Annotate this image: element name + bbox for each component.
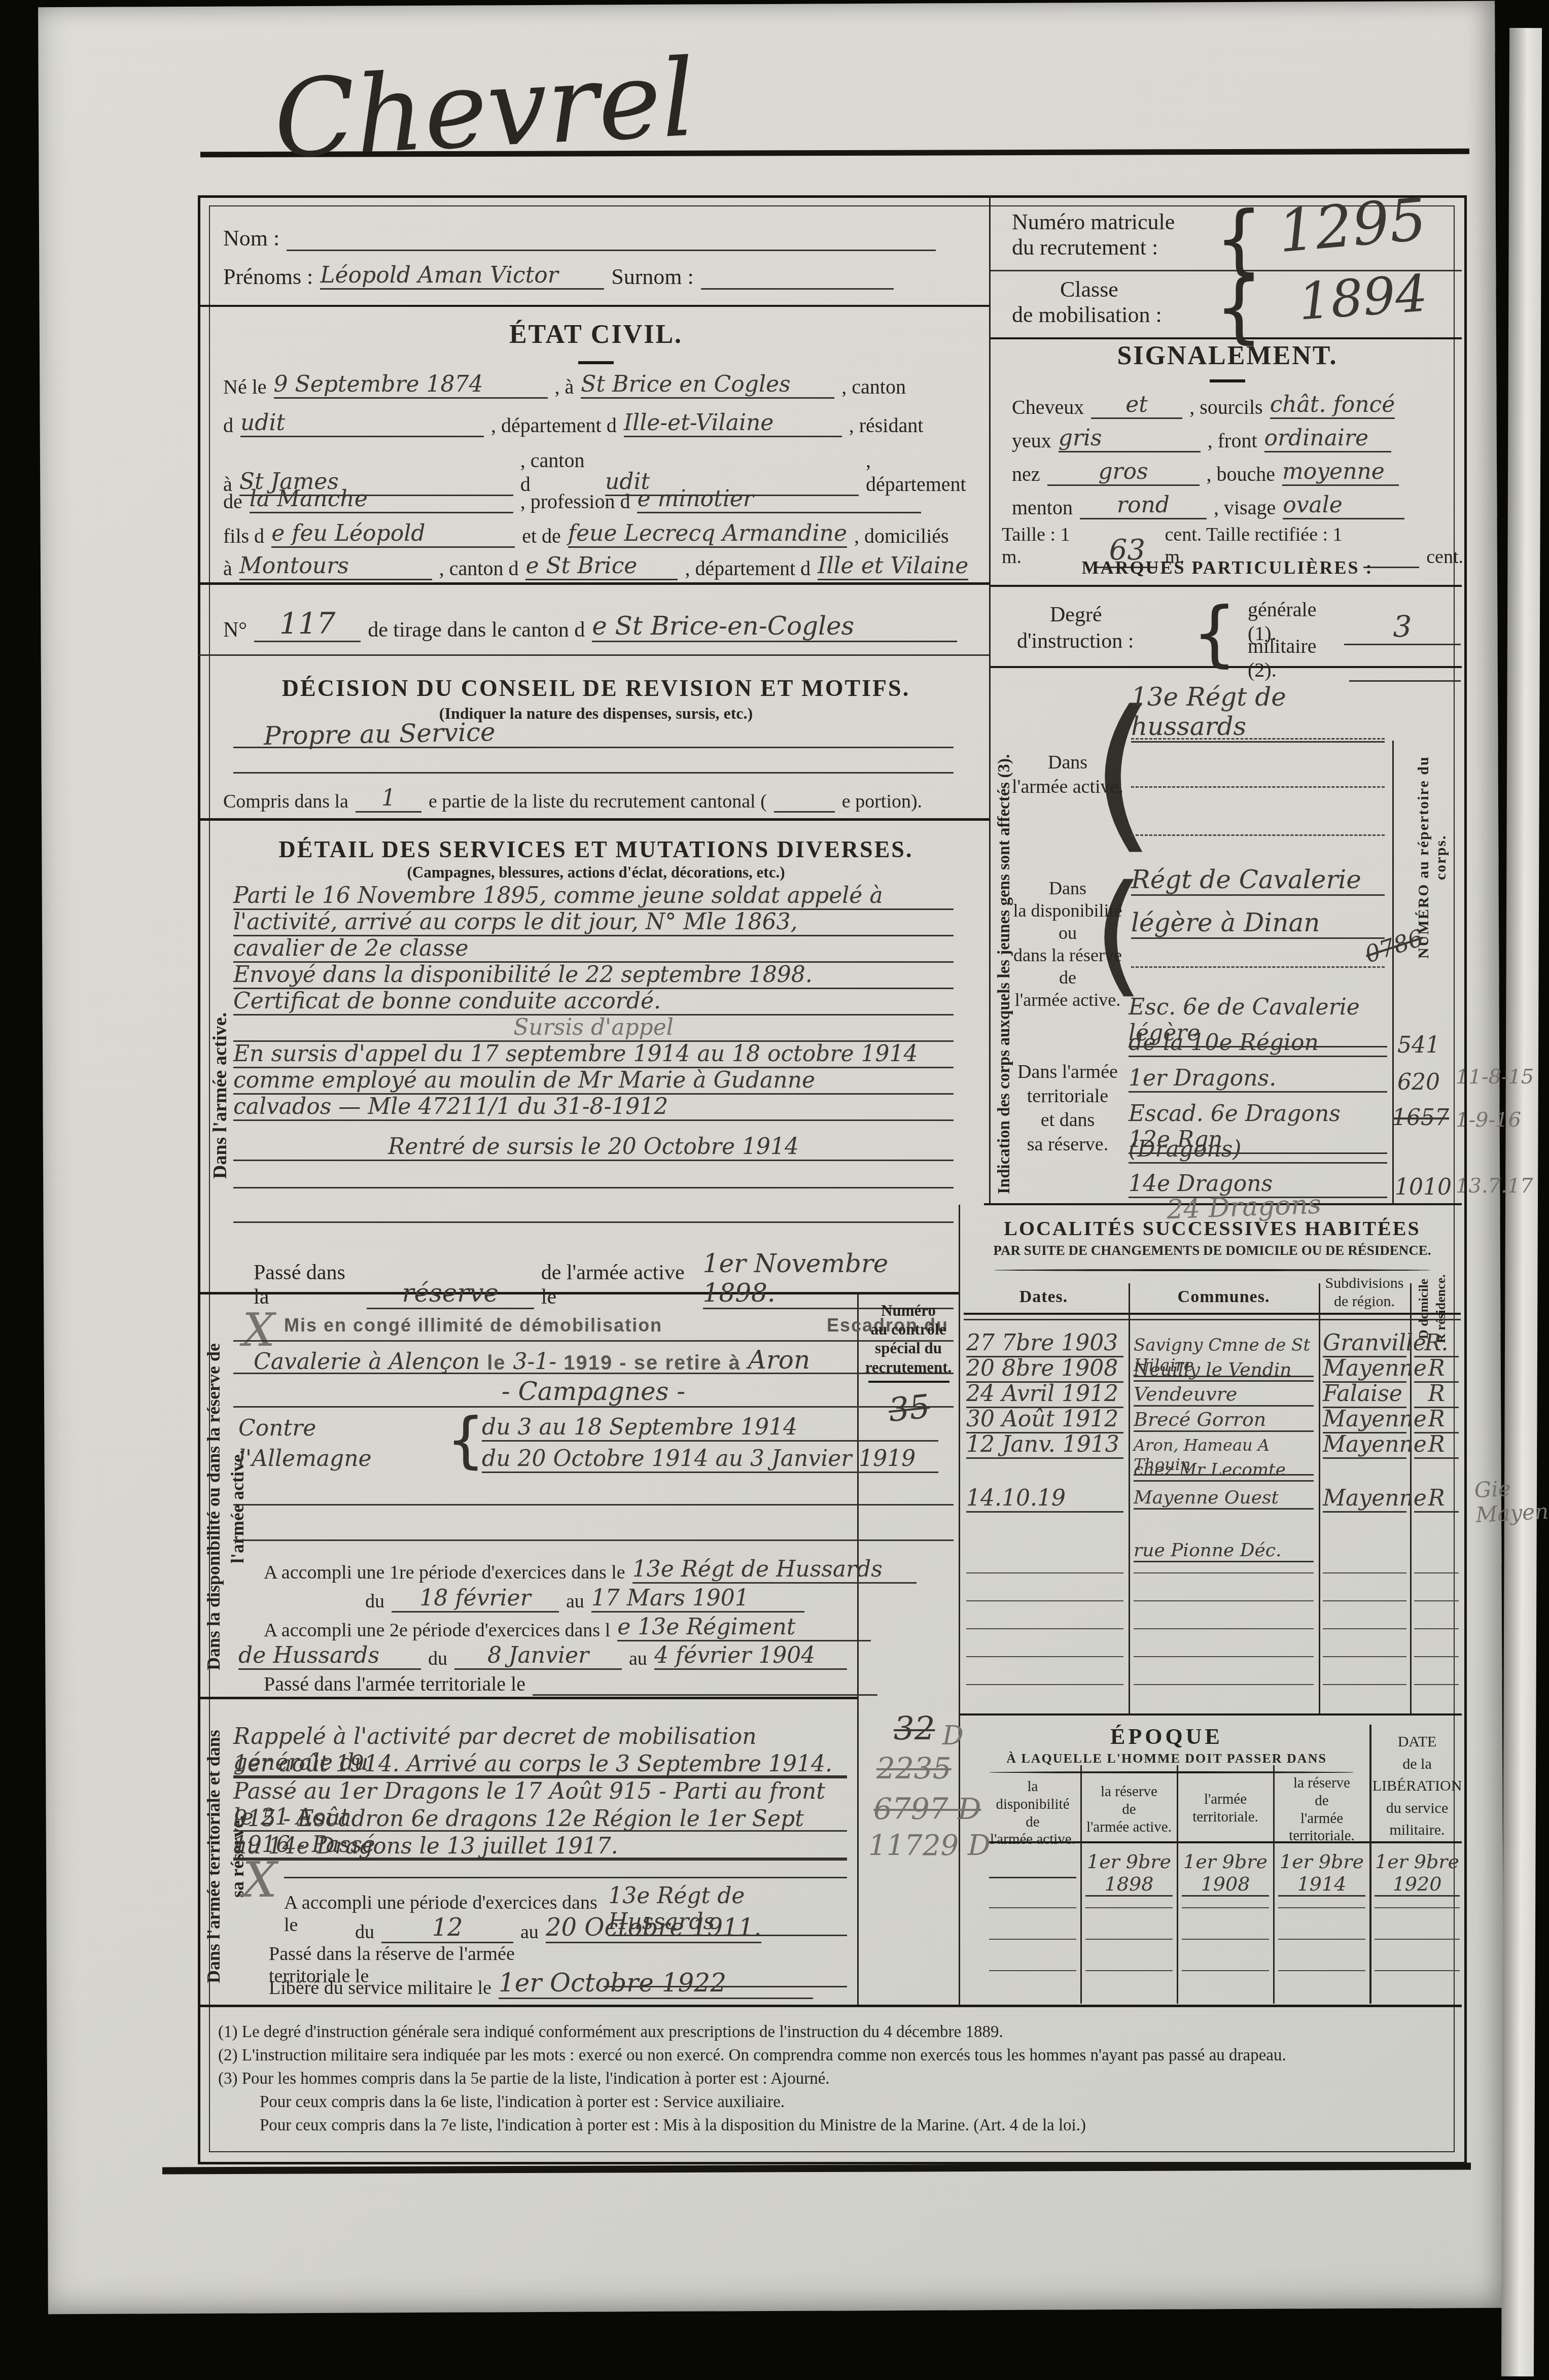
value: e St Brice xyxy=(525,553,678,580)
signalement-title: SIGNALEMENT. xyxy=(989,341,1466,371)
detail-line: Envoyé dans la disponibilité le 22 septe… xyxy=(233,962,954,989)
label: Compris dans la xyxy=(223,790,348,813)
label: Cheveux xyxy=(1012,395,1084,419)
rule xyxy=(199,1697,857,1699)
label: , front xyxy=(1208,429,1257,452)
rule xyxy=(1278,1907,1365,1908)
campagne-contre: Contre xyxy=(238,1415,316,1441)
corps-active-label: Dans l'armée active. xyxy=(1009,751,1126,799)
rule xyxy=(233,772,954,774)
corps-terr-value-5: (Dragons) xyxy=(1129,1136,1387,1164)
label: , sourcils xyxy=(1189,395,1262,419)
label: du xyxy=(365,1590,384,1613)
label: , département d xyxy=(491,413,617,437)
epoque-col-2: la réserve de l'armée active. xyxy=(1083,1783,1175,1836)
localite-subdiv: Mayenne xyxy=(1323,1485,1406,1513)
value: moyenne xyxy=(1282,459,1399,486)
localites-col-subdivisions: Subdivisions de région. xyxy=(1319,1274,1410,1311)
corps-active-value: 13e Régt de hussards xyxy=(1131,682,1385,743)
localite-date: 12 Janv. 1913 xyxy=(966,1431,1123,1459)
divider xyxy=(1129,1283,1130,1713)
corps-terr-number-2: 620 xyxy=(1397,1069,1440,1095)
compris-value: 1 xyxy=(356,785,421,813)
stamp-text: Mis en congé illimité de démobilisation xyxy=(284,1315,662,1336)
rule xyxy=(1323,1628,1406,1629)
demobilisation-stamp-row: Mis en congé illimité de démobilisation … xyxy=(284,1315,948,1336)
territoriale-line: au 14e Dragons le 13 juillet 1917. xyxy=(233,1833,847,1861)
rule xyxy=(1085,1939,1173,1940)
value: 4 février 1904 xyxy=(654,1642,847,1670)
periode2-dates-row: de Hussards du 8 Janvier au 4 février 19… xyxy=(238,1642,954,1670)
label: au xyxy=(629,1648,647,1670)
ornament xyxy=(994,1269,1430,1271)
label: A accompli une 1re période d'exercices d… xyxy=(264,1561,625,1584)
signalement-cheveux: Cheveux et , sourcils chât. foncé xyxy=(1012,392,1458,419)
etat-civil-line-5: fils d e feu Léopold et de feue Lecrecq … xyxy=(223,520,974,548)
value: de Hussards xyxy=(238,1642,421,1670)
localites-title: LOCALITÉS SUCCESSIVES HABITÉES xyxy=(959,1216,1466,1240)
next-page-edge xyxy=(1501,28,1542,2376)
rule xyxy=(1323,1572,1406,1573)
controle-header: Numéro au contrôle spécial du recrutemen… xyxy=(861,1301,956,1377)
label: nez xyxy=(1012,462,1040,486)
rule xyxy=(1414,1572,1459,1573)
epoque-value-3: 1er 9bre 1908 xyxy=(1182,1850,1269,1897)
label: , résidant xyxy=(849,413,924,437)
label: Passé dans l'armée territoriale le xyxy=(264,1672,525,1696)
rule xyxy=(1085,1970,1173,1971)
detail-line: Parti le 16 Novembre 1895, comme jeune s… xyxy=(233,883,954,910)
value: e feu Léopold xyxy=(271,520,515,548)
label: N° xyxy=(223,618,247,642)
value: 20 Octobre 1911. xyxy=(546,1913,762,1943)
rule xyxy=(233,1373,954,1374)
signalement-nez: nez gros , bouche moyenne xyxy=(1012,459,1458,486)
signalement-yeux: yeux gris , front ordinaire xyxy=(1012,425,1458,452)
label: de l'armée active le xyxy=(541,1261,696,1309)
divider xyxy=(1080,1765,1082,2004)
corps-terr-value-3: 1er Dragons. xyxy=(1129,1065,1387,1093)
etat-civil-line-4: de la Manche , profession d e minotier xyxy=(223,486,974,513)
controle-value-top: 35 xyxy=(887,1388,932,1429)
rule xyxy=(989,1939,1076,1940)
rule xyxy=(1131,834,1385,836)
divider xyxy=(1177,1765,1178,2004)
section-active-vertical-label: Dans l'armée active. xyxy=(209,928,239,1263)
campagne-allemagne: l'Allemagne xyxy=(238,1446,372,1472)
rule xyxy=(1278,1970,1365,1971)
signalement-menton: menton rond , visage ovale xyxy=(1012,492,1458,519)
localite-dr: R xyxy=(1414,1406,1459,1433)
detail-line: comme employé au moulin de Mr Marie à Gu… xyxy=(233,1067,954,1095)
rule xyxy=(1323,1684,1406,1685)
surnom-label: Surnom : xyxy=(611,264,694,290)
rule xyxy=(233,1539,954,1541)
corps-dispo-label: Dans la disponibilité ou dans la réserve… xyxy=(1007,878,1129,1011)
section-dispo-vertical-label: Dans la disponibilité ou dans la réserve… xyxy=(202,1319,253,1694)
rule xyxy=(1131,786,1385,788)
rule xyxy=(233,1340,954,1342)
value: 18 février xyxy=(392,1585,559,1613)
value: 8 Janvier xyxy=(454,1642,622,1670)
label: fils d xyxy=(223,524,264,548)
label: A accompli une 2e période d'exercices da… xyxy=(264,1619,610,1641)
value: 17 Mars 1901 xyxy=(591,1585,804,1613)
label: Libéré du service militaire le xyxy=(269,1977,491,1999)
stamp-text: 1919 - se retire à xyxy=(564,1352,741,1375)
label: yeux xyxy=(1012,429,1051,452)
controle-number: 32 xyxy=(894,1710,935,1748)
exercice-dates-row: du 12 au 20 Octobre 1911. xyxy=(355,1913,847,1943)
epoque-value-1 xyxy=(989,1850,1076,1878)
degre-militaire-row: militaire (2). xyxy=(1248,634,1461,682)
decision-title: DÉCISION DU CONSEIL DE REVISION ET MOTIF… xyxy=(223,675,969,702)
value: gris xyxy=(1059,425,1201,452)
etat-civil-line-6: à Montours , canton d e St Brice , dépar… xyxy=(223,553,974,580)
rule xyxy=(966,1572,1123,1573)
decision-value: Propre au Service xyxy=(264,717,496,751)
value: 3-1- xyxy=(513,1349,557,1375)
epoque-value-2: 1er 9bre 1898 xyxy=(1085,1850,1173,1897)
value: 1er Octobre 1922 xyxy=(499,1968,813,1999)
detail-line: Rentré de sursis le 20 Octobre 1914 xyxy=(233,1134,954,1161)
localite-subdiv: Granville xyxy=(1323,1330,1406,1357)
rule xyxy=(966,1628,1123,1629)
footnote-2: (2) L'instruction militaire sera indiqué… xyxy=(218,2046,1456,2065)
tirage-row: N° 117 de tirage dans le canton d e St B… xyxy=(223,606,974,642)
campagne-periode-2: du 20 Octobre 1914 au 3 Janvier 1919 xyxy=(482,1446,938,1473)
footnote-3: (3) Pour les hommes compris dans la 5e p… xyxy=(218,2070,1456,2088)
value: 13e Régt de Hussards xyxy=(632,1556,917,1584)
epoque-col-3: l'armée territoriale. xyxy=(1179,1791,1272,1826)
rule xyxy=(964,1319,1461,1320)
matricule-label-2: du recrutement : xyxy=(1012,234,1158,260)
label: Passé dans la xyxy=(254,1261,360,1309)
value: réserve xyxy=(367,1278,534,1309)
epoque-title: ÉPOQUE xyxy=(959,1724,1375,1749)
tirage-canton: e St Brice-en-Cogles xyxy=(592,611,957,642)
localite-subdiv: Falaise xyxy=(1323,1381,1406,1408)
matricule-value: 1295 xyxy=(1276,186,1429,266)
rule xyxy=(233,1406,954,1408)
epoque-value-5: 1er 9bre 1920 xyxy=(1375,1850,1460,1897)
corps-terr-label: Dans l'armée territoriale et dans sa rés… xyxy=(1007,1060,1129,1157)
localites-margin-note: Gie Mayenne xyxy=(1474,1473,1549,1527)
prenoms-value: Léopold Aman Victor xyxy=(320,262,604,290)
detail-line: Sursis d'appel xyxy=(233,1014,954,1042)
rule xyxy=(284,1877,847,1878)
label: de xyxy=(223,489,242,513)
territoriale-line: 1er août 1914. Arrivé au corps le 3 Sept… xyxy=(233,1751,847,1778)
localite-dr: R xyxy=(1414,1485,1459,1513)
detail-line: calvados — Mle 47211/1 du 31-8-1912 xyxy=(233,1094,954,1121)
corps-dispo-value-1: Régt de Cavalerie xyxy=(1131,865,1385,896)
label: , canton d xyxy=(439,556,519,580)
value: Aron xyxy=(748,1345,810,1375)
value: feue Lecrecq Armandine xyxy=(568,520,847,548)
rule xyxy=(1414,1600,1459,1601)
value: Ille-et-Vilaine xyxy=(624,410,842,437)
corps-terr-number-1: 541 xyxy=(1397,1032,1440,1058)
localite-dr: R xyxy=(1414,1355,1459,1383)
rule xyxy=(989,1907,1076,1908)
epoque-value-4: 1er 9bre 1914 xyxy=(1278,1850,1365,1897)
corps-terr-number-4: 1010 xyxy=(1395,1174,1452,1200)
rule xyxy=(1131,738,1385,740)
rule xyxy=(966,1656,1123,1657)
detail-line: En sursis d'appel du 17 septembre 1914 a… xyxy=(233,1041,954,1068)
degre-label: Degré xyxy=(1050,603,1102,627)
rule xyxy=(1375,1907,1460,1908)
controle-number: 11729 D xyxy=(868,1829,991,1862)
label: au xyxy=(520,1921,539,1943)
localite-dr: R. xyxy=(1414,1330,1459,1357)
rule xyxy=(199,2005,1462,2007)
localites-col-dates: Dates. xyxy=(959,1287,1129,1307)
rule xyxy=(966,1684,1123,1685)
prenoms-row: Prénoms : Léopold Aman Victor Surnom : xyxy=(223,262,969,290)
surname-script: Chevrel xyxy=(271,36,698,182)
value: rond xyxy=(1080,492,1207,519)
localite-commune-line2b: rue Pionne Déc. xyxy=(1134,1540,1314,1562)
value: et xyxy=(1091,392,1182,419)
detail-line: Certificat de bonne conduite accordé. xyxy=(233,988,954,1016)
rule xyxy=(233,747,954,748)
classe-label-2: de mobilisation : xyxy=(1012,302,1162,328)
rule xyxy=(233,1187,954,1188)
rule xyxy=(1131,966,1385,968)
stamp-text: le xyxy=(487,1352,506,1375)
rule xyxy=(868,1381,949,1383)
rule xyxy=(233,1504,954,1506)
localite-commune: Mayenne Ouest xyxy=(1134,1487,1314,1510)
localite-date: 24 Avril 1912 xyxy=(966,1381,1123,1408)
divider xyxy=(1392,741,1394,1204)
prenoms-label: Prénoms : xyxy=(223,264,313,290)
epoque-col-4: la réserve de l'armée territoriale. xyxy=(1276,1774,1368,1845)
epoque-subtitle: À LAQUELLE L'HOMME DOIT PASSER DANS xyxy=(959,1751,1375,1766)
localites-subtitle: PAR SUITE DE CHANGEMENTS DE DOMICILE OU … xyxy=(959,1243,1466,1258)
label: e partie de la liste du recrutement cant… xyxy=(429,790,767,813)
rule xyxy=(1085,1907,1173,1908)
localite-commune: Brecé Gorron xyxy=(1134,1408,1314,1432)
ornament xyxy=(989,1771,1354,1773)
label: , département d xyxy=(685,556,811,580)
label: et de xyxy=(522,524,561,548)
rule xyxy=(959,1713,1462,1716)
value: udit xyxy=(240,410,484,437)
rule xyxy=(1375,1970,1460,1971)
surnom-value xyxy=(701,262,894,290)
value: la Manche xyxy=(250,486,513,513)
label: du xyxy=(428,1648,447,1670)
label: de tirage dans le canton d xyxy=(368,618,585,642)
passe-reserve-row: Passé dans la réserve de l'armée active … xyxy=(254,1249,954,1309)
label: , bouche xyxy=(1207,462,1276,486)
footnote-5: Pour ceux compris dans la 7e liste, l'in… xyxy=(260,2116,1457,2135)
localite-subdiv: Mayenne xyxy=(1323,1406,1406,1433)
epoque-date-header: DATE de la LIBÉRATION du service militai… xyxy=(1372,1731,1462,1841)
value: ordinaire xyxy=(1264,425,1391,452)
compris-row: Compris dans la 1 e partie de la liste d… xyxy=(223,785,974,813)
rule xyxy=(989,585,1462,587)
title-dash xyxy=(1210,379,1245,382)
label: , à xyxy=(555,375,574,399)
tirage-number: 117 xyxy=(254,606,361,642)
passe-territoriale-row: Passé dans l'armée territoriale le xyxy=(264,1670,954,1696)
value: chât. foncé xyxy=(1270,392,1395,419)
localites-col-communes: Communes. xyxy=(1129,1287,1319,1307)
corps-terr-date-2: 1-9-16 xyxy=(1456,1108,1521,1132)
value: ovale xyxy=(1283,492,1404,519)
nom-label: Nom : xyxy=(223,225,279,251)
rule xyxy=(1134,1628,1314,1629)
label: Né le xyxy=(223,375,267,399)
rule xyxy=(1323,1656,1406,1657)
value: Montours xyxy=(239,553,432,580)
rule xyxy=(1134,1656,1314,1657)
value: 9 Septembre 1874 xyxy=(274,371,548,399)
classe-value: 1894 xyxy=(1296,263,1429,331)
label: , canton xyxy=(841,375,906,399)
label: e portion). xyxy=(842,790,922,813)
footnote-1: (1) Le degré d'instruction générale sera… xyxy=(218,2023,1456,2042)
rule xyxy=(1414,1656,1459,1657)
demobilisation-line-2: Cavalerie à Alençon le 3-1- 1919 - se re… xyxy=(254,1345,954,1375)
divider xyxy=(1369,1725,1371,2004)
etat-civil-line-2: d udit , département d Ille-et-Vilaine ,… xyxy=(223,410,974,437)
rule xyxy=(1134,1600,1314,1601)
brace: { xyxy=(1215,264,1263,352)
value: e minotier xyxy=(637,486,921,513)
brace: { xyxy=(1192,592,1237,675)
etat-civil-line-1: Né le 9 Septembre 1874 , à St Brice en C… xyxy=(223,371,974,399)
rule xyxy=(1182,1907,1269,1908)
corps-dispo-value-2: légère à Dinan xyxy=(1131,908,1385,939)
nom-row: Nom : xyxy=(223,223,969,251)
nom-value xyxy=(287,223,936,251)
periode1-dates-row: du 18 février au 17 Mars 1901 xyxy=(365,1585,954,1613)
localite-subdiv: Mayenne xyxy=(1323,1431,1406,1459)
divider xyxy=(959,1205,960,2005)
controle-number: 2235 xyxy=(876,1751,952,1786)
rule xyxy=(233,1221,954,1223)
rule xyxy=(199,305,989,307)
periode2-row: A accompli une 2e période d'exercices da… xyxy=(264,1614,954,1641)
localite-date: 30 Août 1912 xyxy=(966,1406,1123,1433)
brace: { xyxy=(446,1405,485,1476)
label: militaire (2). xyxy=(1248,634,1342,682)
label: , domiciliés xyxy=(854,524,949,548)
divider xyxy=(1319,1283,1320,1713)
localite-commune-line2: chez Mr Lecomte xyxy=(1134,1460,1314,1482)
footnote-4: Pour ceux compris dans la 6e liste, l'in… xyxy=(260,2093,1457,2112)
corps-terr-number-3: 1657 xyxy=(1392,1105,1449,1131)
value: 12 xyxy=(381,1913,513,1943)
localite-subdiv: Mayenne xyxy=(1323,1355,1406,1383)
localite-date: 14.10.19 xyxy=(966,1485,1123,1513)
degre-label-2: d'instruction : xyxy=(1017,629,1134,653)
rule xyxy=(964,1313,1461,1315)
rule xyxy=(1182,1939,1269,1940)
value: 1er Novembre 1898. xyxy=(703,1249,954,1309)
detail-title: DÉTAIL DES SERVICES ET MUTATIONS DIVERSE… xyxy=(223,836,969,863)
localite-commune: Vendeuvre xyxy=(1134,1383,1314,1407)
label: , profession d xyxy=(520,489,630,513)
marques-title: MARQUES PARTICULIÈRES : xyxy=(989,557,1466,578)
label: , visage xyxy=(1214,496,1276,519)
detail-line: l'activité, arrivé au corps le dit jour,… xyxy=(233,909,954,936)
degre-militaire-value xyxy=(1349,657,1461,682)
corps-terr-value-2: de la 10e Région xyxy=(1129,1030,1387,1057)
localite-date: 20 8bre 1908 xyxy=(966,1355,1123,1383)
value: St Brice en Cogles xyxy=(581,371,834,399)
localite-dr: R xyxy=(1414,1431,1459,1459)
corps-terr-date-1: 11-8-15 xyxy=(1456,1065,1534,1089)
etat-civil-title: ÉTAT CIVIL. xyxy=(223,320,969,349)
label: menton xyxy=(1012,496,1073,519)
value xyxy=(533,1670,877,1696)
value: gros xyxy=(1047,459,1200,486)
rule xyxy=(1278,1939,1365,1940)
label: d xyxy=(223,413,233,437)
campagnes-title: - Campagnes - xyxy=(233,1377,954,1406)
controle-number: 6797 D xyxy=(873,1792,981,1826)
rule xyxy=(199,654,989,656)
rule xyxy=(966,1600,1123,1601)
periode1-row: A accompli une 1re période d'exercices d… xyxy=(264,1556,954,1584)
scanned-register-page: Chevrel Nom : Prénoms : Léopold Aman Vic… xyxy=(0,0,1549,2380)
title-dash xyxy=(578,361,614,364)
epoque-col-1: la disponibilité de l'armée active. xyxy=(987,1778,1079,1848)
rule xyxy=(1414,1684,1459,1685)
detail-line: cavalier de 2e classe xyxy=(233,935,954,963)
portion-value xyxy=(774,788,835,813)
value: Ille et Vilaine xyxy=(818,553,968,580)
rule xyxy=(1375,1939,1460,1940)
corps-terr-date-3: 13.7.17 xyxy=(1456,1174,1533,1198)
rule xyxy=(1414,1628,1459,1629)
libere-row: Libéré du service militaire le 1er Octob… xyxy=(269,1968,847,1999)
pencil-x-mark: X xyxy=(242,1851,277,1908)
label: au xyxy=(566,1590,584,1613)
rule xyxy=(989,1970,1076,1971)
rule xyxy=(199,582,989,585)
value: e 13e Régiment xyxy=(617,1614,871,1641)
rule xyxy=(199,818,989,821)
localite-dr: R xyxy=(1414,1381,1459,1408)
rule xyxy=(1134,1684,1314,1685)
detail-subtitle: (Campagnes, blessures, actions d'éclat, … xyxy=(223,863,969,882)
classe-label: Classe xyxy=(1060,276,1118,302)
matricule-label: Numéro matricule xyxy=(1012,209,1175,235)
label: du xyxy=(355,1921,374,1943)
label: à xyxy=(223,556,232,580)
rule xyxy=(1323,1600,1406,1601)
localite-commune: Neuilly le Vendin xyxy=(1134,1359,1314,1382)
rule xyxy=(1134,1572,1314,1573)
value: Cavalerie à Alençon xyxy=(254,1349,480,1375)
localite-date: 27 7bre 1903 xyxy=(966,1330,1123,1357)
campagne-periode-1: du 3 au 18 Septembre 1914 xyxy=(482,1414,938,1442)
rule xyxy=(1182,1970,1269,1971)
divider xyxy=(1273,1765,1275,2004)
